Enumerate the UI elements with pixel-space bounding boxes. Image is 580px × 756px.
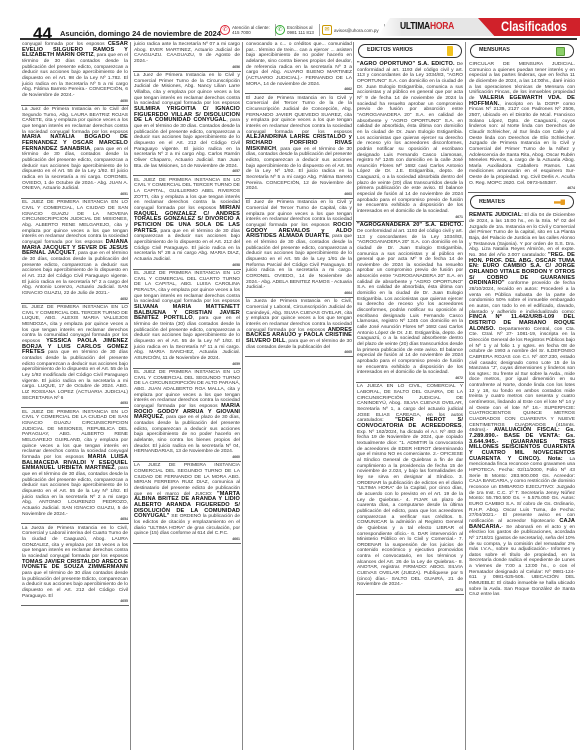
legal-notice: La Jueza de Primera Instancia en lo Civi… [21,526,129,607]
issue-date: Asunción, domingo 24 de noviembre de 202… [60,29,221,38]
divider [319,24,320,36]
column-divider [353,42,354,750]
page-number: 44 [33,24,52,44]
legal-notice: "AGROGANADERA 20" S.A. EDICTO. De confor… [356,223,464,383]
legal-notice: EL JUEZ DE PRIMERA INSTANCIA EN LO CIVIL… [21,200,129,303]
email-icon: ✉ [322,25,332,35]
legal-notice: La Juez de Primera Instancia en lo Civil… [133,73,241,176]
legal-notice: "AGRO OPORTUNO" S.A. EDICTO. De conformi… [356,62,464,222]
column-1: conyugal formada por los esposos CESAR E… [21,42,129,608]
customer-service-contact[interactable]: ✆ Atención al cliente:415 7000 [220,24,276,36]
header-rule [20,38,577,40]
whatsapp-contact[interactable]: ✆ Escribinos al0981 111 813 [275,24,320,36]
legal-notice: EL JUEZ DE PRIMERA INSTANCIA EN LO CIVIL… [21,410,129,524]
legal-notice: convocando a c... o créditos que... comu… [245,42,353,94]
section-header-remates: REMATES [470,195,574,209]
legal-notice: El Juez de Primera Instancia en lo Civil… [245,96,353,199]
legal-notice: EL JUEZ DE PRIMERA INSTANCIA EN LO CIVIL… [133,178,241,270]
legal-notice: La Juez de Primera Instancia en lo Civil… [21,107,129,199]
ultima-hora-logo: ULTIMAHORA [400,21,454,32]
phone-icon: ✆ [220,25,230,35]
column-5: MENSURAS CIRCULAR DE MENSURA JUDICIAL. C… [468,42,576,602]
legal-notice: REMATE JUDICIAL: El día 04 de Diciembre … [468,213,576,600]
whatsapp-icon: ✆ [275,25,285,35]
column-2: juicio radica ante la Secretaría Nº 07 a… [133,42,241,546]
page-header: 44 Asunción, domingo 24 de noviembre de … [0,0,580,36]
legal-notice: EL JUEZ DE PRIMERA INSTANCIA EN LO CIVIL… [133,370,241,462]
legal-notice: EL JUEZ DE PRIMERA INSTANCIA EN LO CIVIL… [21,305,129,408]
legal-notice: LA JUEZ DE PRIMERA INSTANCIA COMERCIAL D… [133,463,241,544]
legal-notice: juicio radica ante la Secretaría Nº 07 a… [133,42,241,72]
section-title: Clasificados [501,18,567,34]
column-divider [242,42,243,750]
legal-notice: EL JUEZ DE PRIMERA INSTANCIA EN LO CIVIL… [133,271,241,369]
column-3: convocando a c... o créditos que... comu… [245,42,353,359]
map-icon [556,47,565,56]
column-divider [465,42,466,750]
legal-notice: la Jueza de Primera Instancia en lo Civi… [245,299,353,357]
legal-notice: CIRCULAR DE MENSURA JUDICIAL. Comunico a… [468,62,576,193]
email-contact[interactable]: ✉ avisos@uhora.com.py [322,24,385,36]
gavel-icon [554,199,565,205]
section-header-edictos-varios: EDICTOS VARIOS [358,44,462,58]
legal-notice: El Juez de Primera Instancia en lo Civil… [245,200,353,298]
section-header-mensuras: MENSURAS [470,44,574,58]
brand-banner: ULTIMAHORA Clasificados [378,18,578,36]
legal-notice: conyugal formada por los esposos CESAR E… [21,42,129,106]
column-divider [130,42,131,750]
column-4: EDICTOS VARIOS "AGRO OPORTUNO" S.A. EDIC… [356,42,464,597]
legal-notice: LA JUEZA EN LO CIVIL, COMERCIAL Y LABORA… [356,384,464,595]
folder-icon [447,46,453,56]
